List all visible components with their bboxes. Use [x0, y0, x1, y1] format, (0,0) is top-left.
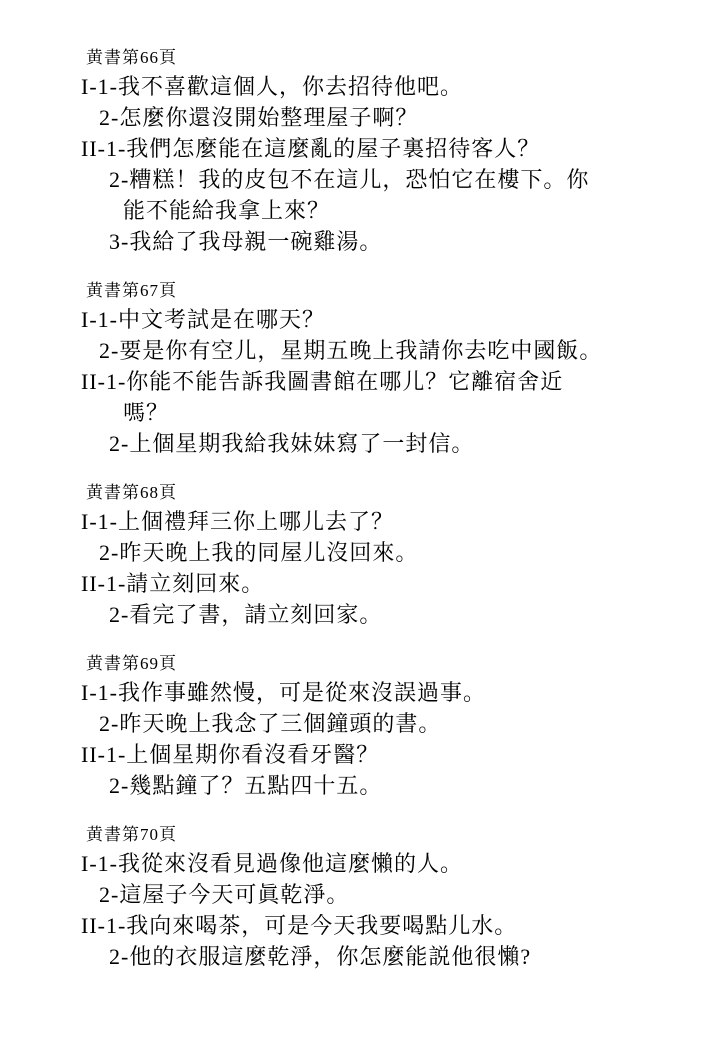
exercise-line: 2-昨天晚上我念了三個鐘頭的書。	[81, 708, 699, 739]
section-header: 黄書第68頁	[81, 479, 699, 506]
exercise-line: 3-我給了我母親一碗雞湯。	[81, 226, 699, 257]
exercise-line: I-1-上個禮拜三你上哪儿去了？	[81, 506, 699, 537]
section-header: 黄書第70頁	[81, 821, 699, 848]
exercise-line: 2-怎麼你還沒開始整理屋子啊？	[81, 102, 699, 133]
exercise-line: I-1-我不喜歡這個人，你去招待他吧。	[81, 71, 699, 102]
section-header: 黄書第67頁	[81, 277, 699, 304]
exercise-line: II-1-請立刻回來。	[81, 568, 699, 599]
exercise-line: 2-他的衣服這麼乾淨，你怎麼能説他很懶?	[81, 941, 699, 972]
exercise-line: II-1-你能不能告訴我圖書館在哪儿？它離宿舍近	[81, 366, 699, 397]
exercise-line: 2-糟糕！我的皮包不在這儿，恐怕它在樓下。你	[81, 164, 699, 195]
exercise-line: II-1-我們怎麼能在這麼亂的屋子裏招待客人？	[81, 133, 699, 164]
document-page: 黄書第66頁 I-1-我不喜歡這個人，你去招待他吧。 2-怎麼你還沒開始整理屋子…	[0, 0, 719, 1038]
exercise-line-continuation: 能不能給我拿上來？	[81, 195, 699, 226]
exercise-line: 2-要是你有空儿，星期五晚上我請你去吃中國飯。	[81, 335, 699, 366]
exercise-line: I-1-我作事雖然慢，可是從來沒誤過事。	[81, 677, 699, 708]
exercise-line-continuation: 嗎？	[81, 397, 699, 428]
exercise-line: 2-這屋子今天可眞乾淨。	[81, 879, 699, 910]
section-yellow-book-p67: 黄書第67頁 I-1-中文考試是在哪天？ 2-要是你有空儿，星期五晚上我請你去吃…	[81, 277, 699, 459]
section-yellow-book-p70: 黄書第70頁 I-1-我從來沒看見過像他這麼懶的人。 2-這屋子今天可眞乾淨。 …	[81, 821, 699, 972]
section-header: 黄書第69頁	[81, 650, 699, 677]
section-yellow-book-p66: 黄書第66頁 I-1-我不喜歡這個人，你去招待他吧。 2-怎麼你還沒開始整理屋子…	[81, 44, 699, 257]
exercise-line: II-1-我向來喝茶，可是今天我要喝點儿水。	[81, 910, 699, 941]
page-content: 黄書第66頁 I-1-我不喜歡這個人，你去招待他吧。 2-怎麼你還沒開始整理屋子…	[0, 0, 719, 972]
exercise-line: I-1-我從來沒看見過像他這麼懶的人。	[81, 848, 699, 879]
exercise-line: 2-幾點鐘了？五點四十五。	[81, 770, 699, 801]
exercise-line: 2-昨天晚上我的同屋儿沒回來。	[81, 537, 699, 568]
exercise-line: II-1-上個星期你看沒看牙醫？	[81, 739, 699, 770]
section-yellow-book-p69: 黄書第69頁 I-1-我作事雖然慢，可是從來沒誤過事。 2-昨天晚上我念了三個鐘…	[81, 650, 699, 801]
exercise-line: I-1-中文考試是在哪天？	[81, 304, 699, 335]
section-yellow-book-p68: 黄書第68頁 I-1-上個禮拜三你上哪儿去了？ 2-昨天晚上我的同屋儿沒回來。 …	[81, 479, 699, 630]
section-header: 黄書第66頁	[81, 44, 699, 71]
exercise-line: 2-看完了書，請立刻回家。	[81, 599, 699, 630]
exercise-line: 2-上個星期我給我妹妹寫了一封信。	[81, 428, 699, 459]
